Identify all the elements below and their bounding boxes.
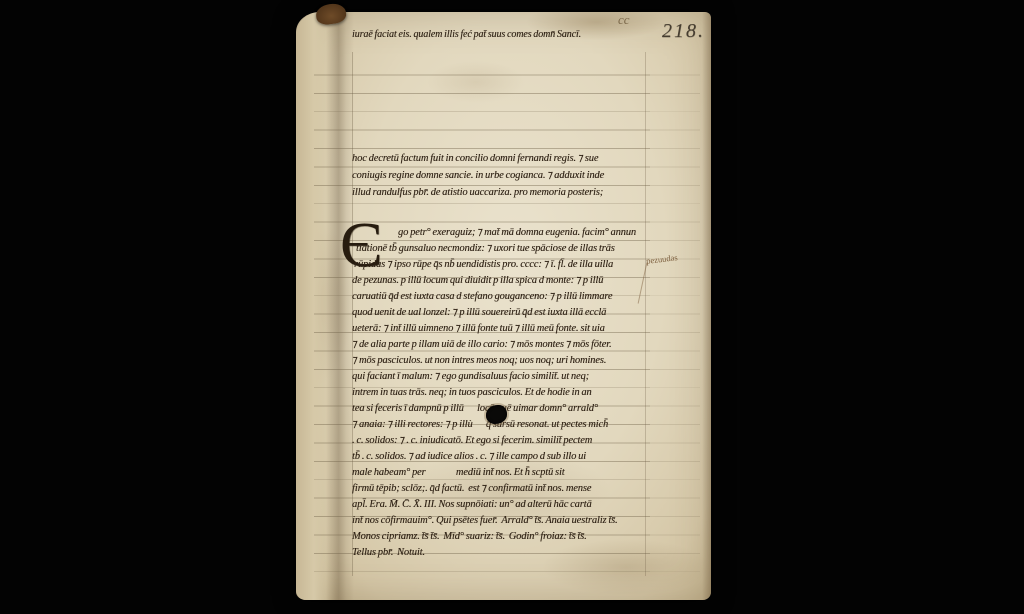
decree-line: hoc decretū factum fuit in concilio domn… (352, 152, 598, 165)
charter-line: rūpidas ⁊ ipso rūpe q̄s nb̄ uendidistis … (354, 258, 613, 271)
charter-line: Tellus pbr̄. Notuit. (352, 546, 425, 559)
charter-line: tb̄ . c. solidos. ⁊ ad iudice alios . c.… (352, 450, 586, 463)
charter-line: int̄ nos cōfirmauim°. Qui psētes fuer̄. … (352, 514, 618, 527)
charter-line: . c. solidos: ⁊ . c. iniudicatō. Et ego … (352, 434, 592, 447)
manuscript-page: cc 218. iuraē faciat eis. qualem illis f… (296, 12, 711, 600)
corner-mark: cc (618, 12, 630, 28)
charter-line: apl̄. Era. M̄. C̄. X̄. III. Nos supnōiat… (352, 498, 592, 511)
charter-line: go petr° exeraguiz; ⁊ mat̄ mā domna euge… (398, 226, 636, 239)
decree-line: illud randulfus pbr̄. de atistio uaccari… (352, 186, 603, 199)
charter-line: ⁊ de alia parte p illam uiā de illo cari… (352, 338, 611, 351)
charter-line: ueterā: ⁊ int̄ illū uimneno ⁊ illū fonte… (352, 322, 605, 335)
decree-line: coniugis regine domne sancie. in urbe co… (352, 169, 604, 182)
right-margin-rule (645, 52, 646, 576)
ruling-lines-margin (650, 57, 700, 574)
running-header: iuraē faciat eis. qualem illis feć pat̄ … (352, 28, 581, 41)
charter-line: tiationē tb̄ gunsaluo necmondiz: ⁊ uxori… (356, 242, 615, 255)
charter-line: intrem in tuas trās. neq; in tuos pascic… (352, 386, 592, 399)
charter-line: caruatiū q̄d est iuxta casa d stefano go… (352, 290, 612, 303)
folio-number: 218. (662, 20, 705, 43)
page-edge-shade (702, 12, 711, 600)
viewer-canvas: cc 218. iuraē faciat eis. qualem illis f… (0, 0, 1024, 614)
charter-line: tea si feceris ī dampnū p illū locū quē … (352, 402, 598, 415)
charter-line: quod uenit de ual lonzel: ⁊ p illū souer… (352, 306, 606, 319)
charter-line: ⁊ anaia: ⁊ illi rectores: ⁊ p illù q̄ su… (352, 418, 608, 431)
charter-line: firmū tēpib; sclōz;. q̄d factū. est ⁊ co… (352, 482, 591, 495)
charter-line: Monos cipriamz. t̄s̄ t̄s̄. Mīd° suariz: … (352, 530, 587, 543)
charter-line: male habeam° per mediū int̄ nos. Et h̄ s… (352, 466, 565, 479)
charter-line: ⁊ mōs pasciculos. ut non intres meos noq… (352, 354, 606, 367)
charter-line: de pezunas. p illū locum qui diuidit p i… (352, 274, 603, 287)
charter-line: qui faciant ī malum: ⁊ ego gundisaluus f… (352, 370, 589, 383)
